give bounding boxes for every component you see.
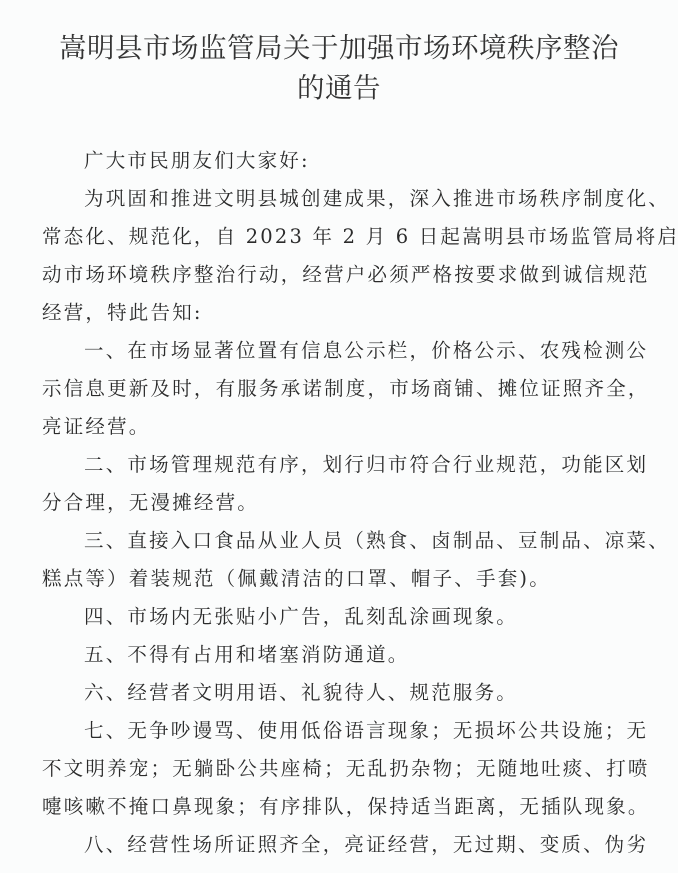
intro-line: 动市场环境秩序整治行动，经营户必须严格按要求做到诚信规范 (42, 256, 642, 294)
item-line: 分合理，无漫摊经营。 (42, 484, 642, 522)
intro-line: 常态化、规范化，自 2023 年 2 月 6 日起嵩明县市场监管局将启 (42, 218, 642, 256)
title-line-1: 嵩明县市场监管局关于加强市场环境秩序整治 (0, 28, 678, 68)
item-line: 七、无争吵谩骂、使用低俗语言现象；无损坏公共设施；无 (42, 712, 642, 750)
item-line: 不文明养宠；无躺卧公共座椅；无乱扔杂物；无随地吐痰、打喷 (42, 750, 642, 788)
item-line: 糕点等）着装规范（佩戴清洁的口罩、帽子、手套)。 (42, 560, 642, 598)
intro-line: 经营，特此告知: (42, 294, 642, 332)
item-line: 五、不得有占用和堵塞消防通道。 (42, 636, 642, 674)
item-line: 二、市场管理规范有序，划行归市符合行业规范，功能区划 (42, 446, 642, 484)
document-title: 嵩明县市场监管局关于加强市场环境秩序整治 的通告 (0, 28, 678, 108)
intro-paragraph: 为巩固和推进文明县城创建成果，深入推进市场秩序制度化、 常态化、规范化，自 20… (42, 180, 642, 332)
item-line: 一、在市场显著位置有信息公示栏，价格公示、农残检测公 (42, 332, 642, 370)
item-line: 亮证经营。 (42, 408, 642, 446)
intro-line: 为巩固和推进文明县城创建成果，深入推进市场秩序制度化、 (42, 180, 642, 218)
item-line: 三、直接入口食品从业人员（熟食、卤制品、豆制品、凉菜、 (42, 522, 642, 560)
item-line: 四、市场内无张贴小广告，乱刻乱涂画现象。 (42, 598, 642, 636)
item-line: 嚏咳嗽不掩口鼻现象；有序排队，保持适当距离，无插队现象。 (42, 788, 642, 826)
item-1: 一、在市场显著位置有信息公示栏，价格公示、农残检测公 示信息更新及时，有服务承诺… (42, 332, 642, 446)
item-line: 六、经营者文明用语、礼貌待人、规范服务。 (42, 674, 642, 712)
item-6: 六、经营者文明用语、礼貌待人、规范服务。 (42, 674, 642, 712)
item-2: 二、市场管理规范有序，划行归市符合行业规范，功能区划 分合理，无漫摊经营。 (42, 446, 642, 522)
greeting: 广大市民朋友们大家好: (42, 142, 642, 180)
item-8: 八、经营性场所证照齐全，亮证经营，无过期、变质、伪劣 (42, 826, 642, 864)
item-7: 七、无争吵谩骂、使用低俗语言现象；无损坏公共设施；无 不文明养宠；无躺卧公共座椅… (42, 712, 642, 826)
document-body: 广大市民朋友们大家好: 为巩固和推进文明县城创建成果，深入推进市场秩序制度化、 … (42, 142, 642, 864)
item-5: 五、不得有占用和堵塞消防通道。 (42, 636, 642, 674)
title-line-2: 的通告 (0, 68, 678, 108)
item-line: 示信息更新及时，有服务承诺制度，市场商铺、摊位证照齐全， (42, 370, 642, 408)
item-line: 八、经营性场所证照齐全，亮证经营，无过期、变质、伪劣 (42, 826, 642, 864)
item-4: 四、市场内无张贴小广告，乱刻乱涂画现象。 (42, 598, 642, 636)
item-3: 三、直接入口食品从业人员（熟食、卤制品、豆制品、凉菜、 糕点等）着装规范（佩戴清… (42, 522, 642, 598)
